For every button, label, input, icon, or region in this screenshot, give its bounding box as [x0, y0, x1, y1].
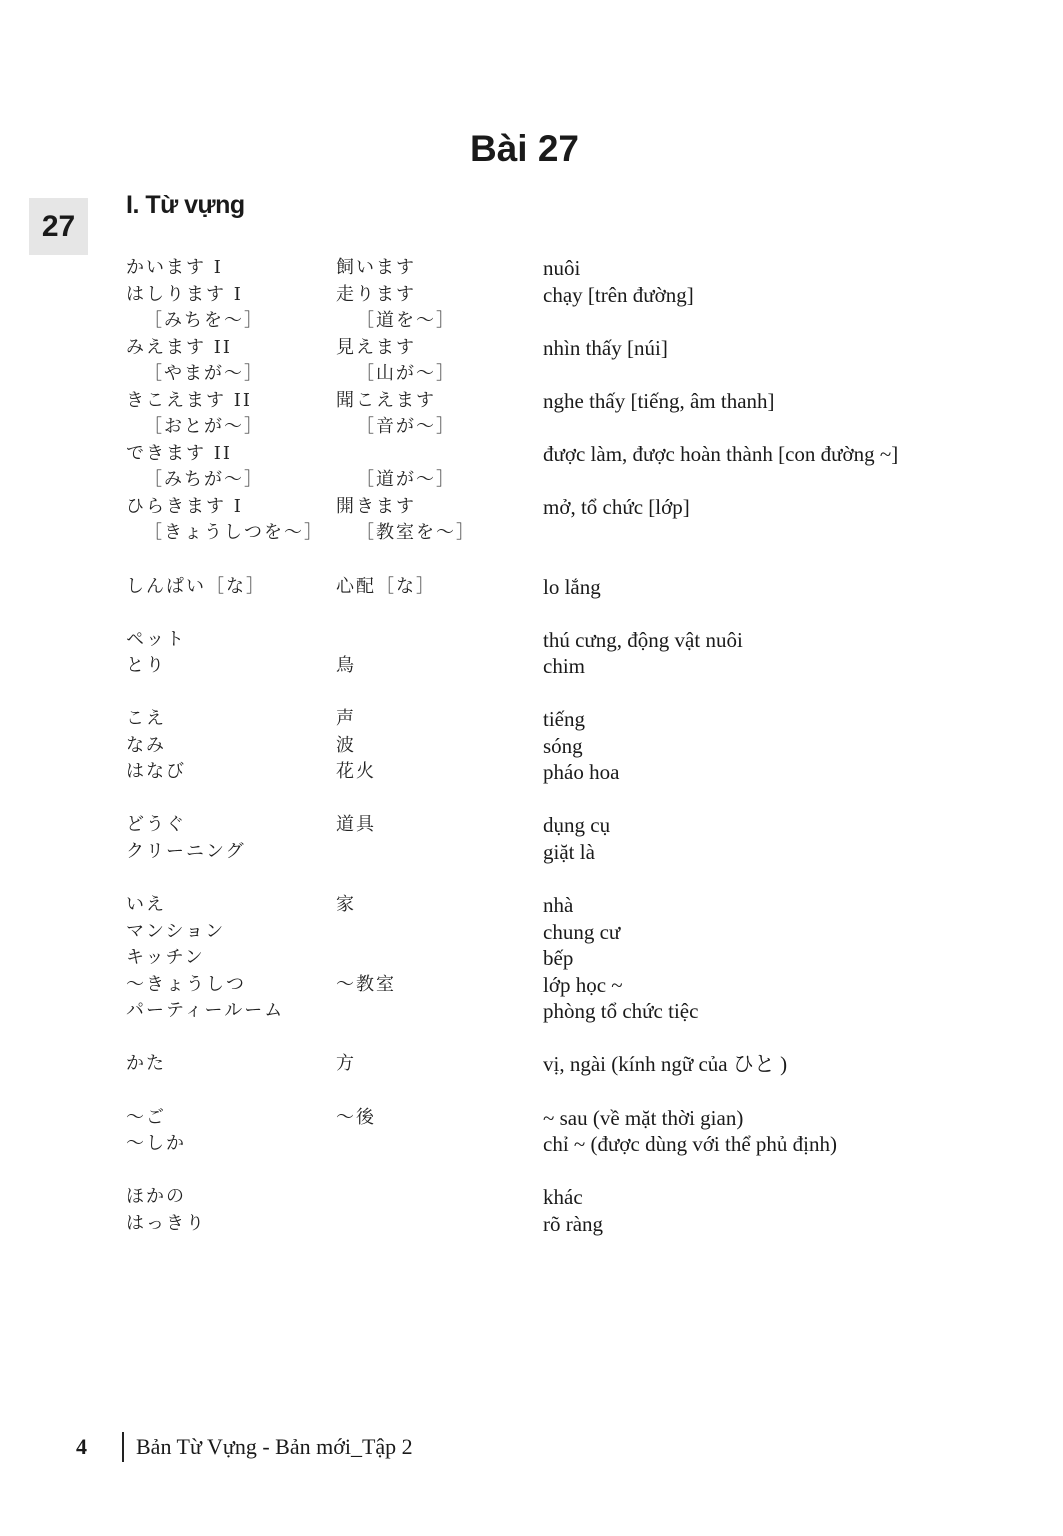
meaning-cell: thú cưng, động vật nuôi — [543, 627, 743, 654]
vocab-row: ほかのkhác — [0, 1184, 1063, 1211]
vocab-subrow: ［おとが～］［音が～］ — [0, 414, 1063, 441]
lesson-title-text: Bài 27 — [470, 128, 579, 170]
vocab-subrow: ［きょうしつを～］［教室を～］ — [0, 520, 1063, 547]
meaning-cell: chạy [trên đường] — [543, 282, 694, 309]
kana-cell: ［みちが～］ — [144, 467, 264, 494]
kana-cell: こえ — [126, 706, 166, 733]
kanji-cell: ［道を～］ — [356, 308, 456, 335]
kana-cell: とり — [126, 653, 166, 680]
kana-cell: クリーニング — [126, 839, 246, 866]
vocab-row: なみ波sóng — [0, 733, 1063, 760]
vocab-row: しんぱい［な］心配［な］lo lắng — [0, 574, 1063, 601]
vocab-row: はなび花火pháo hoa — [0, 759, 1063, 786]
meaning-cell: rõ ràng — [543, 1211, 603, 1238]
kana-cell: きこえます II — [126, 388, 252, 415]
kana-cell: いえ — [126, 892, 166, 919]
meaning-cell: tiếng — [543, 706, 585, 733]
vocab-row: どうぐ道具dụng cụ — [0, 812, 1063, 839]
group-spacer — [0, 786, 1063, 813]
meaning-cell: giặt là — [543, 839, 595, 866]
vocabulary-list: かいます I飼いますnuôiはしります I走りますchạy [trên đườn… — [0, 255, 1063, 1237]
meaning-cell: lo lắng — [543, 574, 601, 601]
kanji-cell: ［教室を～］ — [356, 520, 476, 547]
kana-cell: できます II — [126, 441, 232, 468]
kana-cell: はっきり — [126, 1211, 206, 1238]
group-spacer — [0, 547, 1063, 574]
kanji-cell: ［道が～］ — [356, 467, 456, 494]
kanji-cell: 鳥 — [336, 653, 356, 680]
kana-cell: はしります I — [126, 282, 243, 309]
meaning-cell: bếp — [543, 945, 573, 972]
kana-cell: ペット — [126, 627, 186, 654]
book-title: Bản Từ Vựng - Bản mới_Tập 2 — [136, 1434, 413, 1460]
kana-cell: はなび — [126, 759, 186, 786]
kanji-cell: 家 — [336, 892, 356, 919]
meaning-cell: phòng tổ chức tiệc — [543, 998, 698, 1025]
meaning-cell: nuôi — [543, 255, 580, 282]
kana-cell: かいます I — [126, 255, 223, 282]
kana-cell: パーティールーム — [126, 998, 284, 1025]
section-heading: I. Từ vựng — [126, 191, 245, 220]
meaning-cell: nhìn thấy [núi] — [543, 335, 668, 362]
group-spacer — [0, 1158, 1063, 1185]
kana-cell: ～ご — [126, 1105, 166, 1132]
vocab-row: きこえます II聞こえますnghe thấy [tiếng, âm thanh] — [0, 388, 1063, 415]
kana-cell: キッチン — [126, 945, 205, 972]
vocab-row: かた方vị, ngài (kính ngữ của ひと ) — [0, 1051, 1063, 1078]
kanji-cell: 波 — [336, 733, 356, 760]
vocab-row: はっきりrõ ràng — [0, 1211, 1063, 1238]
group-spacer — [0, 1078, 1063, 1105]
kana-cell: ほかの — [126, 1184, 186, 1211]
kana-cell: ［やまが～］ — [144, 361, 264, 388]
meaning-cell: dụng cụ — [543, 812, 610, 839]
vocab-row: ひらきます I開きますmở, tổ chức [lớp] — [0, 494, 1063, 521]
group-spacer — [0, 866, 1063, 893]
kana-cell: ［みちを～］ — [144, 308, 264, 335]
meaning-cell: chim — [543, 653, 585, 680]
meaning-cell: lớp học ~ — [543, 972, 623, 999]
kanji-cell: 道具 — [336, 812, 376, 839]
kanji-cell: ～後 — [336, 1105, 376, 1132]
meaning-cell: nghe thấy [tiếng, âm thanh] — [543, 388, 775, 415]
meaning-cell: vị, ngài (kính ngữ của ひと ) — [543, 1051, 787, 1078]
kana-cell: みえます II — [126, 335, 232, 362]
kanji-cell: ～教室 — [336, 972, 396, 999]
vocab-row: かいます I飼いますnuôi — [0, 255, 1063, 282]
vocab-row: ～きょうしつ～教室lớp học ~ — [0, 972, 1063, 999]
kanji-cell: 聞こえます — [336, 388, 436, 415]
meaning-cell: khác — [543, 1184, 583, 1211]
kanji-cell: ［音が～］ — [356, 414, 456, 441]
page-number: 4 — [76, 1434, 122, 1460]
vocab-row: ペットthú cưng, động vật nuôi — [0, 627, 1063, 654]
vocab-row: キッチンbếp — [0, 945, 1063, 972]
group-spacer — [0, 600, 1063, 627]
vocab-row: はしります I走りますchạy [trên đường] — [0, 282, 1063, 309]
vocab-row: いえ家nhà — [0, 892, 1063, 919]
lesson-title: Bài 27 — [0, 128, 1063, 170]
kana-cell: ～きょうしつ — [126, 972, 246, 999]
vocab-row: ～ご～後~ sau (về mặt thời gian) — [0, 1105, 1063, 1132]
kana-cell: かた — [126, 1051, 166, 1078]
meaning-cell: sóng — [543, 733, 583, 760]
kanji-cell: 花火 — [336, 759, 376, 786]
kana-cell: なみ — [126, 733, 166, 760]
kana-cell: マンション — [126, 919, 225, 946]
vocab-row: マンションchung cư — [0, 919, 1063, 946]
vocab-row: こえ声tiếng — [0, 706, 1063, 733]
kanji-cell: 心配［な］ — [336, 574, 436, 601]
kanji-cell: 飼います — [336, 255, 416, 282]
footer-divider — [122, 1432, 124, 1462]
kana-cell: しんぱい［な］ — [126, 574, 266, 601]
group-spacer — [0, 1025, 1063, 1052]
meaning-cell: mở, tổ chức [lớp] — [543, 494, 690, 521]
meaning-cell: nhà — [543, 892, 573, 919]
kana-cell: ［きょうしつを～］ — [144, 520, 324, 547]
vocab-row: パーティールームphòng tổ chức tiệc — [0, 998, 1063, 1025]
kanji-cell: 見えます — [336, 335, 416, 362]
vocab-subrow: ［みちが～］［道が～］ — [0, 467, 1063, 494]
group-spacer — [0, 680, 1063, 707]
kanji-cell: 走ります — [336, 282, 416, 309]
meaning-cell: chung cư — [543, 919, 620, 946]
vocab-row: ～しかchỉ ~ (được dùng với thể phủ định) — [0, 1131, 1063, 1158]
meaning-cell: pháo hoa — [543, 759, 619, 786]
page-footer: 4 Bản Từ Vựng - Bản mới_Tập 2 — [76, 1430, 413, 1464]
kanji-cell: 声 — [336, 706, 356, 733]
kana-cell: ［おとが～］ — [144, 414, 264, 441]
meaning-cell: chỉ ~ (được dùng với thể phủ định) — [543, 1131, 837, 1158]
vocab-subrow: ［やまが～］［山が～］ — [0, 361, 1063, 388]
vocab-row: クリーニングgiặt là — [0, 839, 1063, 866]
meaning-cell: ~ sau (về mặt thời gian) — [543, 1105, 743, 1132]
kanji-cell: 方 — [336, 1051, 356, 1078]
kana-cell: どうぐ — [126, 812, 186, 839]
vocab-row: とり鳥chim — [0, 653, 1063, 680]
kana-cell: ～しか — [126, 1131, 186, 1158]
vocab-subrow: ［みちを～］［道を～］ — [0, 308, 1063, 335]
vocab-row: みえます II見えますnhìn thấy [núi] — [0, 335, 1063, 362]
kanji-cell: ［山が～］ — [356, 361, 456, 388]
vocab-row: できます IIđược làm, được hoàn thành [con đư… — [0, 441, 1063, 468]
kanji-cell: 開きます — [336, 494, 416, 521]
chapter-tab: 27 — [29, 198, 88, 255]
kana-cell: ひらきます I — [126, 494, 243, 521]
meaning-cell: được làm, được hoàn thành [con đường ~] — [543, 441, 898, 468]
